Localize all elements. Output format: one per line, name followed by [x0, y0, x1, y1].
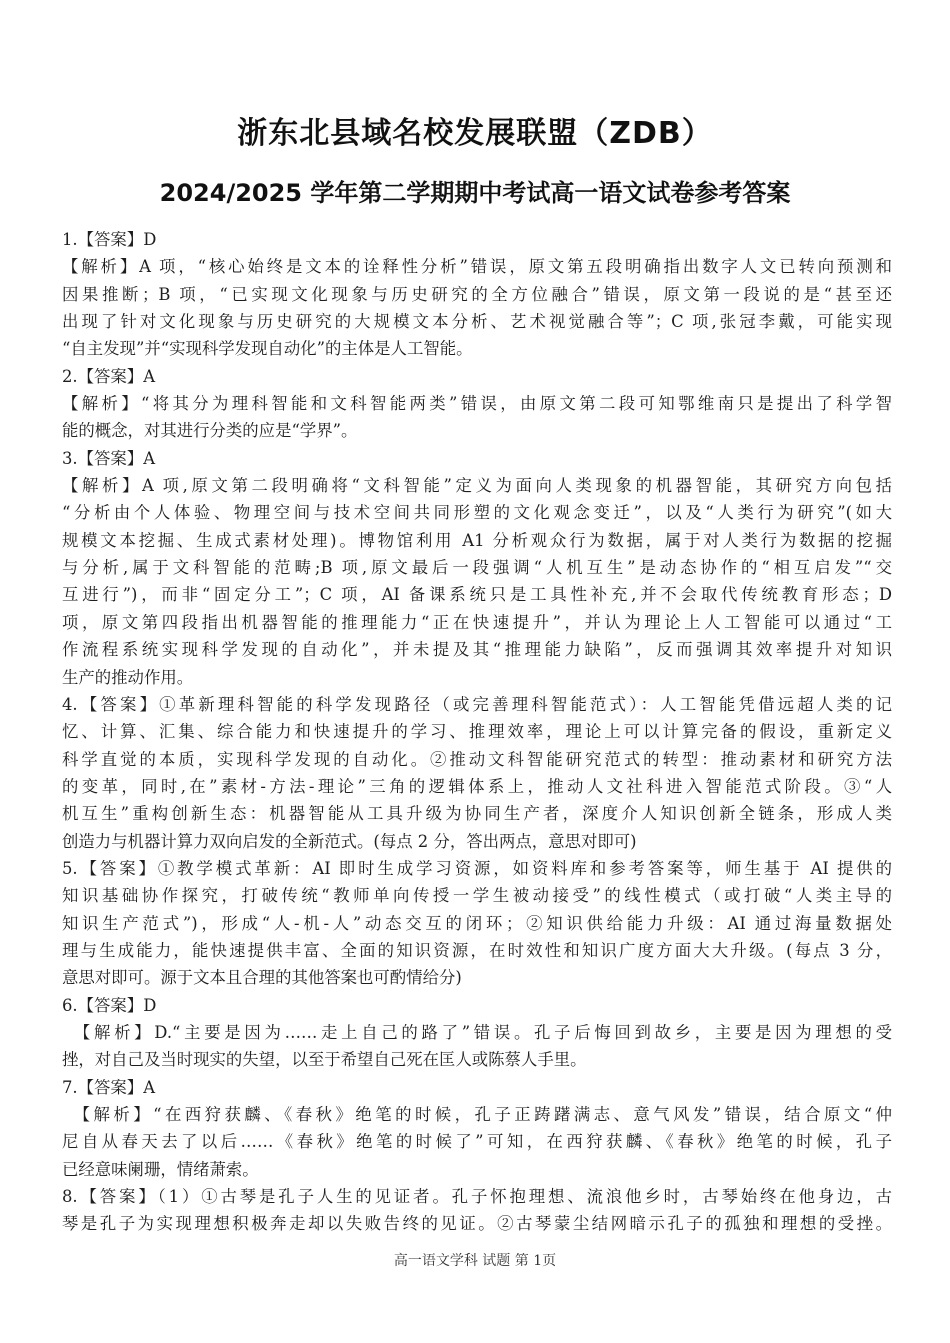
answer-line: 的变革，同时,在”素材-方法-理论”三角的逻辑体系上，推动人文社科进入智能范式阶…	[62, 773, 892, 800]
answer-line: 知识基础协作探究，打破传统“教师单向传授一学生被动接受”的线性模式（或打破“人类…	[62, 882, 892, 909]
document-page: 浙东北县域名校发展联盟（ZDB） 2024/2025 学年第二学期期中考试高一语…	[0, 0, 950, 1343]
analysis-line: 生产的推动作用。	[62, 664, 892, 691]
analysis-line: 与分析,属于文科智能的范畴;B 项,原文最后一段强调“人机互生”是动态协作的“相…	[62, 554, 892, 581]
answer-line: 机互生”重构创新生态：机器智能从工具升级为协同生产者，深度介人知识创新全链条，形…	[62, 800, 892, 827]
answer-line: 科学直觉的本质，实现科学发现的自动化。②推动文科智能研究范式的转型：推动素材和研…	[62, 746, 892, 773]
analysis-line: 互进行”)，而非“固定分工”；C 项，AI 备课系统只是工具性补充,并不会取代传…	[62, 581, 892, 608]
analysis-line: 已经意味阑珊，情绪萧索。	[62, 1156, 892, 1183]
document-title: 浙东北县域名校发展联盟（ZDB）	[0, 114, 950, 154]
analysis-line: 【解析】“在西狩获麟、《春秋》绝笔的时候，孔子正踌躇满志、意气风发”错误，结合原…	[62, 1101, 892, 1128]
answer-line: 2.【答案】A	[62, 363, 892, 390]
answer-line: 琴是孔子为实现理想积极奔走却以失败告终的见证。②古琴蒙尘结网暗示孔子的孤独和理想…	[62, 1210, 892, 1237]
answer-line: 1.【答案】D	[62, 226, 892, 253]
answer-line: 4.【答案】①革新理科智能的科学发现路径（或完善理科智能范式）：人工智能凭借远超…	[62, 691, 892, 718]
analysis-line: 规模文本挖掘、生成式素材处理)。博物馆利用 A1 分析观众行为数据，属于对人类行…	[62, 527, 892, 554]
analysis-line: 出现了针对文化现象与历史研究的大规模文本分析、艺术视觉融合等”；C 项,张冠李戴…	[62, 308, 892, 335]
answer-line: 7.【答案】A	[62, 1074, 892, 1101]
page-footer: 高一语文学科 试题 第 1页	[0, 1251, 950, 1271]
answer-line: 创造力与机器计算力双向启发的全新范式。(每点 2 分，答出两点，意思对即可)	[62, 828, 892, 855]
analysis-line: 项，原文第四段指出机器智能的推理能力“正在快速提升”，并认为理论上人工智能可以通…	[62, 609, 892, 636]
analysis-line: 【解析】A 项，“核心始终是文本的诠释性分析”错误，原文第五段明确指出数字人文已…	[62, 253, 892, 280]
answer-line: 8.【答案】（1）①古琴是孔子人生的见证者。孔子怀抱理想、流浪他乡时，古琴始终在…	[62, 1183, 892, 1210]
answer-line: 意思对即可。源于文本且合理的其他答案也可酌情给分)	[62, 964, 892, 991]
answer-line: 理与生成能力，能快速提供丰富、全面的知识资源，在时效性和知识广度方面大大升级。(…	[62, 937, 892, 964]
analysis-line: 【解析】“将其分为理科智能和文科智能两类”错误，由原文第二段可知鄂维南只是提出了…	[62, 390, 892, 417]
analysis-line: “自主发现”并“实现科学发现自动化”的主体是人工智能。	[62, 335, 892, 362]
analysis-line: 能的概念，对其进行分类的应是“学界”。	[62, 417, 892, 444]
document-subtitle: 2024/2025 学年第二学期期中考试高一语文试卷参考答案	[0, 176, 950, 210]
answer-line: 知识生产范式”)，形成“人-机-人”动态交互的闭环；②知识供给能力升级：AI 通…	[62, 910, 892, 937]
answer-line: 6.【答案】D	[62, 992, 892, 1019]
analysis-line: 尼自从春天去了以后……《春秋》绝笔的时候了”可知，在西狩获麟、《春秋》绝笔的时候…	[62, 1128, 892, 1155]
answer-line: 忆、计算、汇集、综合能力和快速提升的学习、推理效率，理论上可以计算完备的假设，重…	[62, 718, 892, 745]
analysis-line: 挫，对自己及当时现实的失望，以至于希望自己死在匡人或陈蔡人手里。	[62, 1046, 892, 1073]
analysis-line: 因果推断；B 项，“已实现文化现象与历史研究的全方位融合”错误，原文第一段说的是…	[62, 281, 892, 308]
analysis-line: 作流程系统实现科学发现的自动化”，并未提及其“推理能力缺陷”，反而强调其效率提升…	[62, 636, 892, 663]
analysis-line: 【解析】A 项,原文第二段明确将“文科智能”定义为面向人类现象的机器智能，其研究…	[62, 472, 892, 499]
analysis-line: 【解析】D.“主要是因为……走上自己的路了”错误。孔子后悔回到故乡，主要是因为理…	[62, 1019, 892, 1046]
answer-line: 5.【答案】①教学模式革新：AI 即时生成学习资源，如资料库和参考答案等，师生基…	[62, 855, 892, 882]
answer-line: 3.【答案】A	[62, 445, 892, 472]
answer-body: 1.【答案】D【解析】A 项，“核心始终是文本的诠释性分析”错误，原文第五段明确…	[62, 226, 892, 1238]
analysis-line: “分析由个人体验、物理空间与技术空间共同形塑的文化观念变迁”，以及“人类行为研究…	[62, 499, 892, 526]
